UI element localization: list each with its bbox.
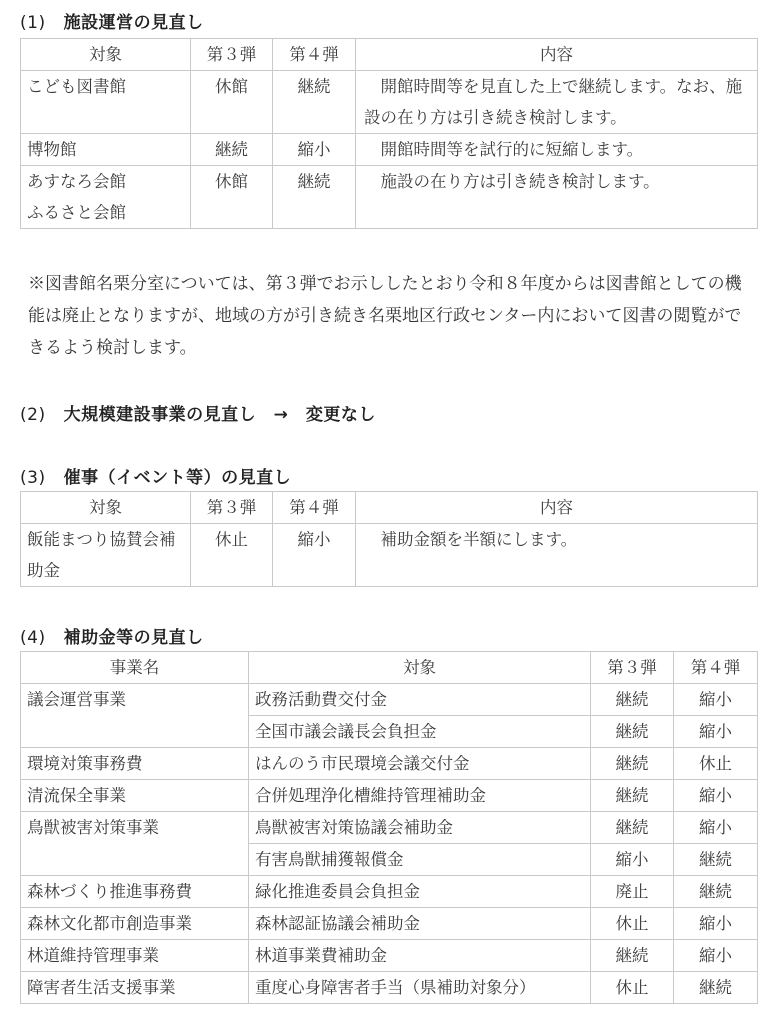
cell-phase3: 継続 <box>591 940 674 972</box>
subsidy-table: 事業名 対象 第３弾 第４弾 議会運営事業 政務活動費交付金 継続 縮小 全国市… <box>20 651 758 1004</box>
cell-target: あすなろ会館 ふるさと会館 <box>21 166 191 229</box>
table-row: 森林づくり推進事務費 緑化推進委員会負担金 廃止 継続 <box>21 876 758 908</box>
header-content: 内容 <box>356 492 758 524</box>
cell-phase3: 休止 <box>591 972 674 1004</box>
header-content: 内容 <box>356 39 758 71</box>
cell-project: 森林文化都市創造事業 <box>21 908 249 940</box>
table-row: 障害者生活支援事業 重度心身障害者手当（県補助対象分） 休止 継続 <box>21 972 758 1004</box>
header-project: 事業名 <box>21 652 249 684</box>
cell-target: 政務活動費交付金 <box>249 684 591 716</box>
table-row: 森林文化都市創造事業 森林認証協議会補助金 休止 縮小 <box>21 908 758 940</box>
cell-target: 合併処理浄化槽維持管理補助金 <box>249 780 591 812</box>
section1-heading: (1)施設運営の見直し <box>20 8 204 33</box>
cell-target: 鳥獣被害対策協議会補助金 <box>249 812 591 844</box>
cell-phase4: 縮小 <box>674 812 758 844</box>
table-row: こども図書館 休館 継続 開館時間等を見直した上で継続します。なお、施設の在り方… <box>21 71 758 134</box>
cell-project: 鳥獣被害対策事業 <box>21 812 249 876</box>
cell-phase4: 休止 <box>674 748 758 780</box>
cell-phase4: 縮小 <box>674 940 758 972</box>
cell-target: 全国市議会議長会負担金 <box>249 716 591 748</box>
section2-number: (2) <box>20 405 46 425</box>
table-row: 鳥獣被害対策事業 鳥獣被害対策協議会補助金 継続 縮小 <box>21 812 758 844</box>
section4-heading: (4)補助金等の見直し <box>20 623 204 648</box>
cell-project: 林道維持管理事業 <box>21 940 249 972</box>
cell-phase4: 継続 <box>273 166 356 229</box>
header-target: 対象 <box>21 39 191 71</box>
cell-phase3: 縮小 <box>591 844 674 876</box>
table-header-row: 事業名 対象 第３弾 第４弾 <box>21 652 758 684</box>
table-header-row: 対象 第３弾 第４弾 内容 <box>21 39 758 71</box>
cell-phase3: 休止 <box>591 908 674 940</box>
cell-phase4: 縮小 <box>273 134 356 166</box>
facility-table: 対象 第３弾 第４弾 内容 こども図書館 休館 継続 開館時間等を見直した上で継… <box>20 38 758 229</box>
header-phase3: 第３弾 <box>191 492 273 524</box>
cell-phase3: 継続 <box>591 812 674 844</box>
header-target: 対象 <box>249 652 591 684</box>
cell-target: 博物館 <box>21 134 191 166</box>
cell-content: 補助金額を半額にします。 <box>356 524 758 587</box>
table-row: 飯能まつり協賛会補助金 休止 縮小 補助金額を半額にします。 <box>21 524 758 587</box>
section2-title: 大規模建設事業の見直し → 変更なし <box>64 405 376 425</box>
cell-target: はんのう市民環境会議交付金 <box>249 748 591 780</box>
table-row: 環境対策事務費 はんのう市民環境会議交付金 継続 休止 <box>21 748 758 780</box>
cell-target: 飯能まつり協賛会補助金 <box>21 524 191 587</box>
cell-phase4: 縮小 <box>674 716 758 748</box>
cell-project: 障害者生活支援事業 <box>21 972 249 1004</box>
section4-title: 補助金等の見直し <box>64 628 204 648</box>
cell-phase3: 継続 <box>591 684 674 716</box>
cell-phase3: 継続 <box>591 748 674 780</box>
cell-phase3: 継続 <box>591 716 674 748</box>
cell-target: 緑化推進委員会負担金 <box>249 876 591 908</box>
header-target: 対象 <box>21 492 191 524</box>
section3-title: 催事（イベント等）の見直し <box>64 468 292 488</box>
section3-number: (3) <box>20 468 46 488</box>
header-phase4: 第４弾 <box>273 492 356 524</box>
cell-target: 森林認証協議会補助金 <box>249 908 591 940</box>
section1-number: (1) <box>20 13 46 33</box>
cell-content: 開館時間等を試行的に短縮します。 <box>356 134 758 166</box>
section3-heading: (3)催事（イベント等）の見直し <box>20 463 291 488</box>
section1-title: 施設運営の見直し <box>64 13 204 33</box>
header-phase4: 第４弾 <box>273 39 356 71</box>
table-header-row: 対象 第３弾 第４弾 内容 <box>21 492 758 524</box>
cell-project: 清流保全事業 <box>21 780 249 812</box>
cell-project: 環境対策事務費 <box>21 748 249 780</box>
cell-phase4: 継続 <box>273 71 356 134</box>
section2-heading: (2)大規模建設事業の見直し → 変更なし <box>20 400 376 425</box>
header-phase3: 第３弾 <box>591 652 674 684</box>
cell-project: 森林づくり推進事務費 <box>21 876 249 908</box>
cell-target: こども図書館 <box>21 71 191 134</box>
header-phase3: 第３弾 <box>191 39 273 71</box>
cell-target: 有害鳥獣捕獲報償金 <box>249 844 591 876</box>
table-row: 林道維持管理事業 林道事業費補助金 継続 縮小 <box>21 940 758 972</box>
section4-number: (4) <box>20 628 46 648</box>
cell-target: 林道事業費補助金 <box>249 940 591 972</box>
cell-phase3: 廃止 <box>591 876 674 908</box>
cell-phase4: 縮小 <box>273 524 356 587</box>
library-branch-note: ※図書館名栗分室については、第３弾でお示ししたとおり令和８年度からは図書館として… <box>28 268 748 364</box>
cell-phase3: 休館 <box>191 166 273 229</box>
event-table: 対象 第３弾 第４弾 内容 飯能まつり協賛会補助金 休止 縮小 補助金額を半額に… <box>20 491 758 587</box>
cell-target: 重度心身障害者手当（県補助対象分） <box>249 972 591 1004</box>
cell-content: 開館時間等を見直した上で継続します。なお、施設の在り方は引き続き検討します。 <box>356 71 758 134</box>
cell-phase3: 継続 <box>591 780 674 812</box>
cell-content: 施設の在り方は引き続き検討します。 <box>356 166 758 229</box>
table-row: 博物館 継続 縮小 開館時間等を試行的に短縮します。 <box>21 134 758 166</box>
cell-phase4: 縮小 <box>674 908 758 940</box>
cell-project: 議会運営事業 <box>21 684 249 748</box>
table-row: 清流保全事業 合併処理浄化槽維持管理補助金 継続 縮小 <box>21 780 758 812</box>
table-row: 議会運営事業 政務活動費交付金 継続 縮小 <box>21 684 758 716</box>
cell-phase4: 継続 <box>674 972 758 1004</box>
cell-phase3: 休館 <box>191 71 273 134</box>
cell-phase4: 継続 <box>674 844 758 876</box>
header-phase4: 第４弾 <box>674 652 758 684</box>
cell-phase3: 継続 <box>191 134 273 166</box>
cell-phase4: 縮小 <box>674 684 758 716</box>
table-row: あすなろ会館 ふるさと会館 休館 継続 施設の在り方は引き続き検討します。 <box>21 166 758 229</box>
cell-phase3: 休止 <box>191 524 273 587</box>
cell-phase4: 継続 <box>674 876 758 908</box>
cell-phase4: 縮小 <box>674 780 758 812</box>
